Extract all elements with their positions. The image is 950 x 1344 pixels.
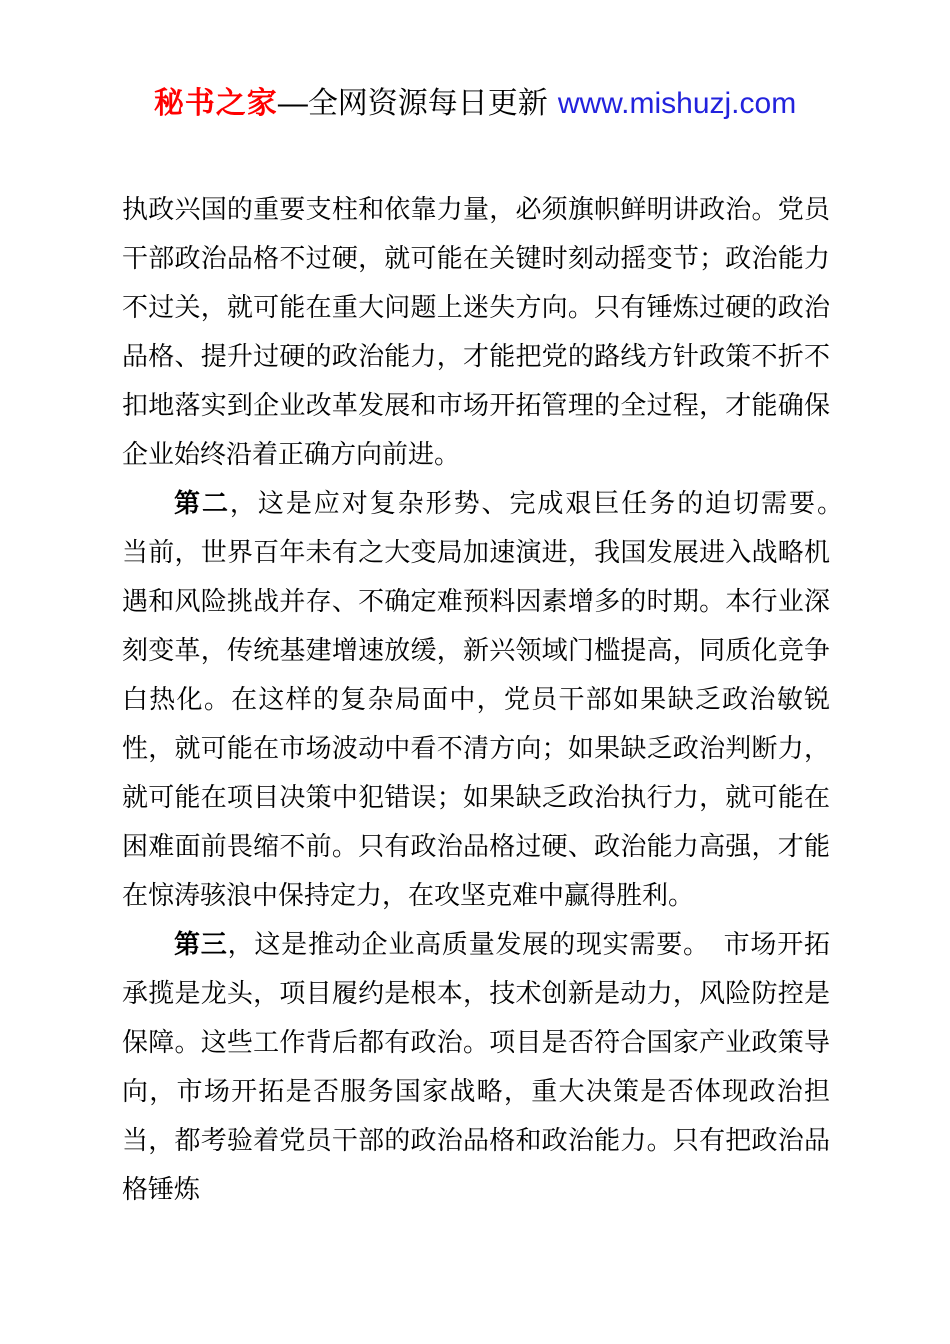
paragraph-text: ，这是推动企业高质量发展的现实需要。 市场开拓承揽是龙头，项目履约是根本，技术创… — [122, 929, 830, 1204]
document-body: 执政兴国的重要支柱和依靠力量，必须旗帜鲜明讲政治。党员干部政治品格不过硬，就可能… — [122, 185, 830, 1214]
site-header: 秘书之家—全网资源每日更新www.mishuzj.com — [0, 85, 950, 123]
paragraph-continuation: 执政兴国的重要支柱和依靠力量，必须旗帜鲜明讲政治。党员干部政治品格不过硬，就可能… — [122, 185, 830, 479]
paragraph-text: 执政兴国的重要支柱和依靠力量，必须旗帜鲜明讲政治。党员干部政治品格不过硬，就可能… — [122, 194, 830, 469]
paragraph-text: ，这是应对复杂形势、完成艰巨任务的迫切需要。 当前，世界百年未有之大变局加速演进… — [122, 488, 856, 910]
header-separator: — — [278, 87, 308, 120]
paragraph-second: 第二，这是应对复杂形势、完成艰巨任务的迫切需要。 当前，世界百年未有之大变局加速… — [122, 479, 830, 920]
site-url-link[interactable]: www.mishuzj.com — [558, 87, 796, 120]
paragraph-lead: 第三 — [174, 929, 228, 959]
site-name: 秘书之家 — [154, 87, 278, 120]
header-tagline: 全网资源每日更新 — [308, 87, 548, 120]
paragraph-third: 第三，这是推动企业高质量发展的现实需要。 市场开拓承揽是龙头，项目履约是根本，技… — [122, 920, 830, 1214]
paragraph-lead: 第二 — [174, 488, 230, 518]
document-page: 秘书之家—全网资源每日更新www.mishuzj.com 执政兴国的重要支柱和依… — [0, 0, 950, 1344]
